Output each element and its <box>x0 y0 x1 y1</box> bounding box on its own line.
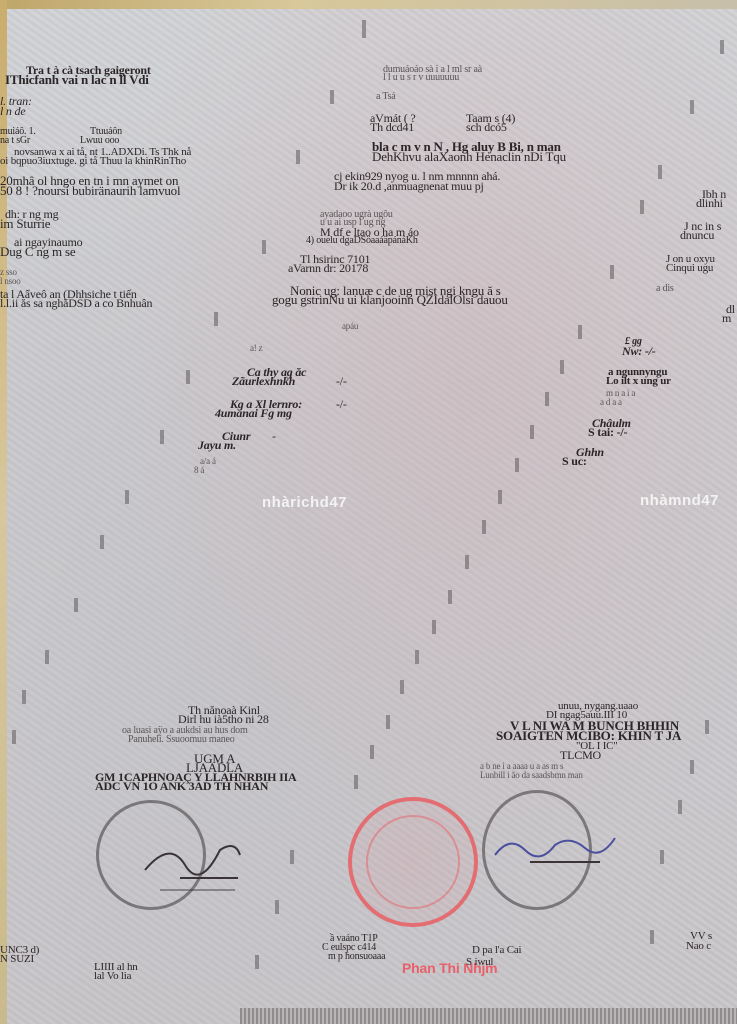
middle-col-b2: sch dcó5 <box>466 121 507 134</box>
footer-left-sign2: N SUZI <box>0 953 34 966</box>
field-2-label-b: 4umanai Fg mg <box>215 407 292 420</box>
scan-artifact <box>482 520 486 534</box>
middle-line-k: a! z <box>250 342 262 355</box>
scan-artifact <box>45 650 49 664</box>
scan-artifact <box>660 850 664 864</box>
scan-artifact <box>690 100 694 114</box>
right-gh-b: S uc: <box>562 455 587 468</box>
scan-artifact <box>678 800 682 814</box>
left-row-g2: l.l.ii ăs sa nghăDSD a co Bnhuân <box>0 297 152 310</box>
footer-left-heading4: ADC VN 1O ANK 3AD TH NHAN <box>95 780 268 793</box>
left-row-c2: 50 8 ! ?noursi bubiränaurih lamvuol <box>0 184 180 197</box>
right-s4: a d a a <box>600 396 622 409</box>
right-r2b: dnuncu <box>680 229 714 242</box>
scan-artifact <box>262 240 266 254</box>
scan-artifact <box>578 325 582 339</box>
scan-artifact <box>560 360 564 374</box>
scan-artifact <box>515 458 519 472</box>
left-header-line2: IThicfanh vai n lac n ll Vdi <box>5 73 149 86</box>
scan-artifact <box>640 200 644 214</box>
scan-artifact <box>448 590 452 604</box>
scan-artifact <box>100 535 104 549</box>
signature-left <box>140 830 250 900</box>
middle-line-i2: gogu gstrinNu ui klanjooinn QZIdalOlsi d… <box>272 293 508 306</box>
scan-artifact <box>498 490 502 504</box>
scan-artifact <box>690 760 694 774</box>
scan-artifact <box>370 745 374 759</box>
watermark-right: nhàmnd47 <box>640 494 719 507</box>
middle-t: a Tsá <box>376 90 396 103</box>
field-2-value: -/- <box>336 398 347 411</box>
scan-artifact <box>650 930 654 944</box>
scan-artifact <box>214 312 218 326</box>
scan-artifact <box>658 165 662 179</box>
red-official-seal <box>348 797 478 927</box>
middle-line-e2: Dr ik 20.d ,anmuagnenat muu pj <box>334 180 484 193</box>
scan-artifact <box>275 900 279 914</box>
right-nw-b: Nw: -/- <box>622 345 656 358</box>
scan-artifact <box>465 555 469 569</box>
scan-artifact <box>186 370 190 384</box>
top-edge <box>0 0 737 9</box>
edge-text2: Nao c <box>686 940 711 953</box>
scan-artifact <box>386 715 390 729</box>
middle-line-g2: 4) ouelu dgaDSöaaáäpánáKh <box>306 234 418 247</box>
scan-artifact <box>362 20 366 38</box>
scan-artifact <box>354 775 358 789</box>
field-1-value: -/- <box>336 375 347 388</box>
field-4-b: 8 á <box>194 464 204 477</box>
scan-artifact <box>610 265 614 279</box>
left-row-d2: im Sturrie <box>0 217 50 230</box>
left-edge <box>0 0 7 1024</box>
left-label-1b: l n de <box>0 105 25 118</box>
field-3-label-b: Jayu m. <box>198 439 236 452</box>
right-r5b: m <box>722 312 731 325</box>
scan-artifact <box>255 955 259 969</box>
right-ch-b: S tai: -/- <box>588 426 627 439</box>
scan-artifact <box>22 690 26 704</box>
scan-bottom-edge <box>240 1008 737 1024</box>
scan-artifact <box>530 425 534 439</box>
right-r4: a dis <box>656 282 674 295</box>
footer-right-small2: Lunbill i ăo da saadsbmn man <box>480 769 583 782</box>
middle-bold-line2: DehKhvu alaXaonh Henaclin nDi Tqu <box>372 150 566 163</box>
scan-artifact <box>290 850 294 864</box>
scan-artifact <box>545 392 549 406</box>
scan-artifact <box>125 490 129 504</box>
stamp-text3: m p honsuoaaa <box>328 950 385 963</box>
right-r1b: dlinhi <box>696 197 723 210</box>
scan-artifact <box>12 730 16 744</box>
scan-artifact <box>432 620 436 634</box>
left-row-e2: Dug C ng m se <box>0 245 75 258</box>
scan-artifact <box>74 598 78 612</box>
scan-artifact <box>330 90 334 104</box>
scan-artifact <box>400 680 404 694</box>
middle-line-j: apáu <box>342 320 358 333</box>
middle-col-a2: Th dcd41 <box>370 121 414 134</box>
watermark-left: nhàrichd47 <box>262 496 347 509</box>
footer-left-name2: lal Vo lia <box>94 970 131 983</box>
scan-artifact <box>720 40 724 54</box>
middle-line-h2: aVarnn dr: 20178 <box>288 262 368 275</box>
field-1-label-b: Zãurlexhnkh <box>232 375 295 388</box>
right-r3b: Cinqui ugu <box>666 262 713 275</box>
field-3-value: - <box>272 430 276 443</box>
scan-artifact <box>296 150 300 164</box>
middle-top-line2: l l u u s r v uuuuuuu <box>383 71 459 84</box>
footer-right-heading4: TLCMO <box>560 749 601 762</box>
scan-artifact <box>160 430 164 444</box>
scan-artifact <box>705 720 709 734</box>
left-row-b2: oi bqpuo3iuxtuge. gi tå Thuu la khinRinT… <box>0 155 186 168</box>
signature-right <box>490 820 620 880</box>
footer-left-small2: Panuheli. Ssuoomuu maneo <box>128 733 235 746</box>
footer-right-sig2: S iwul <box>466 956 493 969</box>
scan-artifact <box>415 650 419 664</box>
